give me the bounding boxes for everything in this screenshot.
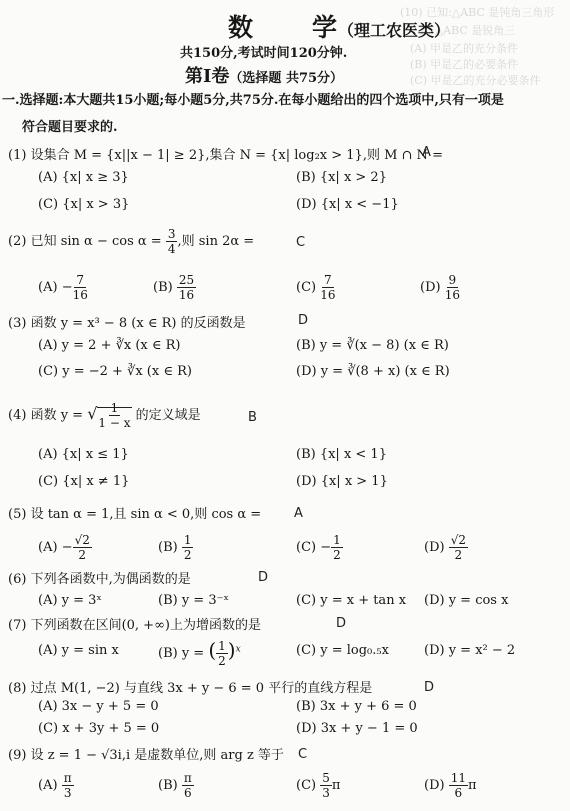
option-d: (D) y = ∛(8 + x) (x ∈ R) [296, 364, 450, 379]
option-c: (C) {x| x > 3} [38, 197, 129, 212]
option-a: (A) {x| x ≤ 1} [38, 447, 129, 462]
bleed-through-text: (C) 甲是乙的充分必要条件 [410, 72, 541, 88]
option-d: (D) y = x² − 2 [424, 643, 515, 658]
question-number: (4) [8, 408, 26, 423]
handwritten-answer: B [248, 410, 257, 425]
handwritten-answer: D [424, 680, 434, 695]
option-a: (A) 3x − y + 5 = 0 [38, 699, 159, 714]
handwritten-answer: C [298, 747, 307, 762]
title-category: （理工农医类） [338, 21, 450, 40]
option-a: (A) π3 [38, 772, 74, 799]
question-5: (5) 设 tan α = 1,且 sin α < 0,则 cos α = [8, 503, 261, 522]
handwritten-answer: D [298, 313, 308, 328]
option-b: (B) π6 [158, 772, 194, 799]
page-title: 数学（理工农医类） [228, 8, 450, 44]
question-stem: 下列各函数中,为偶函数的是 [31, 572, 191, 587]
question-stem-prefix: 函数 y = [31, 408, 84, 423]
option-b: (B) y = (12)x [158, 638, 241, 667]
section-instructions-cont: 符合题目要求的. [22, 116, 118, 135]
option-c: (C) y = −2 + ∛x (x ∈ R) [38, 364, 192, 379]
fraction: 11 − x [98, 402, 130, 429]
option-a: (A) {x| x ≥ 3} [38, 170, 129, 185]
question-number: (8) [8, 681, 26, 696]
question-2: (2) 已知 sin α − cos α = 34,则 sin 2α = [8, 228, 254, 255]
question-stem: 设 z = 1 − √3i,i 是虚数单位,则 arg z 等于 [31, 748, 284, 763]
question-number: (9) [8, 748, 26, 763]
question-stem: 函数 y = x³ − 8 (x ∈ R) 的反函数是 [31, 316, 246, 331]
option-b: (B) {x| x > 2} [296, 170, 387, 185]
question-1: (1) 设集合 M = {x||x − 1| ≥ 2},集合 N = {x| l… [8, 144, 443, 163]
option-a: (A) y = sin x [38, 643, 119, 658]
option-b: (B) 2516 [153, 274, 196, 301]
option-c: (C) y = x + tan x [296, 593, 406, 608]
option-a: (A) y = 2 + ∛x (x ∈ R) [38, 338, 181, 353]
title-char-2: 学 [312, 13, 338, 42]
question-6: (6) 下列各函数中,为偶函数的是 [8, 568, 191, 587]
question-number: (2) [8, 234, 26, 249]
option-c: (C) 53π [296, 772, 340, 799]
handwritten-answer: D [336, 616, 346, 631]
handwritten-answer: C [296, 235, 305, 250]
option-d: (D) {x| x < −1} [296, 197, 399, 212]
question-number: (5) [8, 507, 26, 522]
option-d: (D) 916 [420, 274, 460, 301]
option-d: (D) 3x + y − 1 = 0 [296, 721, 418, 736]
part-label: 第Ⅰ卷 [185, 66, 229, 87]
question-stem-suffix: ,则 sin 2α = [177, 234, 254, 249]
option-b: (B) y = ∛(x − 8) (x ∈ R) [296, 338, 449, 353]
handwritten-answer: A [294, 506, 303, 521]
question-stem-suffix: 的定义域是 [136, 408, 201, 423]
question-3: (3) 函数 y = x³ − 8 (x ∈ R) 的反函数是 [8, 312, 246, 331]
question-stem: 下列函数在区间(0, +∞)上为增函数的是 [31, 618, 261, 633]
question-stem: 过点 M(1, −2) 与直线 3x + y − 6 = 0 平行的直线方程是 [31, 681, 373, 696]
question-number: (6) [8, 572, 26, 587]
bleed-through-text: (B) 甲是乙的必要条件 [410, 56, 518, 72]
part-title: 第Ⅰ卷（选择题 共75分） [185, 62, 343, 88]
option-d: (D) {x| x > 1} [296, 474, 388, 489]
sqrt-icon: √ [87, 404, 97, 423]
question-4: (4) 函数 y = √11 − x 的定义域是 [8, 402, 201, 429]
question-9: (9) 设 z = 1 − √3i,i 是虚数单位,则 arg z 等于 [8, 744, 284, 763]
option-d: (D) √22 [424, 534, 468, 561]
option-b: (B) {x| x < 1} [296, 447, 387, 462]
question-number: (7) [8, 618, 26, 633]
handwritten-answer: A [422, 145, 431, 160]
option-c: (C) 716 [296, 274, 336, 301]
option-d: (D) y = cos x [424, 593, 508, 608]
option-b: (B) 3x + y + 6 = 0 [296, 699, 417, 714]
question-stem-prefix: 已知 sin α − cos α = [31, 234, 162, 249]
option-a: (A) −716 [38, 274, 88, 301]
handwritten-answer: D [258, 570, 268, 585]
question-number: (3) [8, 316, 26, 331]
option-c: (C) x + 3y + 5 = 0 [38, 721, 159, 736]
question-7: (7) 下列函数在区间(0, +∞)上为增函数的是 [8, 614, 261, 633]
option-a: (A) −√22 [38, 534, 92, 561]
option-c: (C) {x| x ≠ 1} [38, 474, 129, 489]
option-c: (C) −12 [296, 534, 343, 561]
section-instructions: 一.选择题:本大题共15小题;每小题5分,共75分.在每小题给出的四个选项中,只… [2, 89, 504, 108]
title-char-1: 数 [228, 13, 254, 42]
option-a: (A) y = 3ˣ [38, 593, 102, 608]
question-8: (8) 过点 M(1, −2) 与直线 3x + y − 6 = 0 平行的直线… [8, 677, 372, 696]
option-b: (B) 12 [158, 534, 193, 561]
question-stem: 设 tan α = 1,且 sin α < 0,则 cos α = [31, 507, 262, 522]
exam-info: 共150分,考试时间120分钟. [180, 42, 347, 61]
part-subtitle: （选择题 共75分） [229, 71, 343, 86]
option-c: (C) y = log₀.₅x [296, 643, 389, 658]
option-d: (D) 116π [424, 772, 477, 799]
fraction: 34 [166, 228, 178, 255]
question-number: (1) [8, 148, 26, 163]
option-b: (B) y = 3⁻ˣ [158, 593, 229, 608]
question-stem: 设集合 M = {x||x − 1| ≥ 2},集合 N = {x| log₂x… [31, 148, 443, 163]
